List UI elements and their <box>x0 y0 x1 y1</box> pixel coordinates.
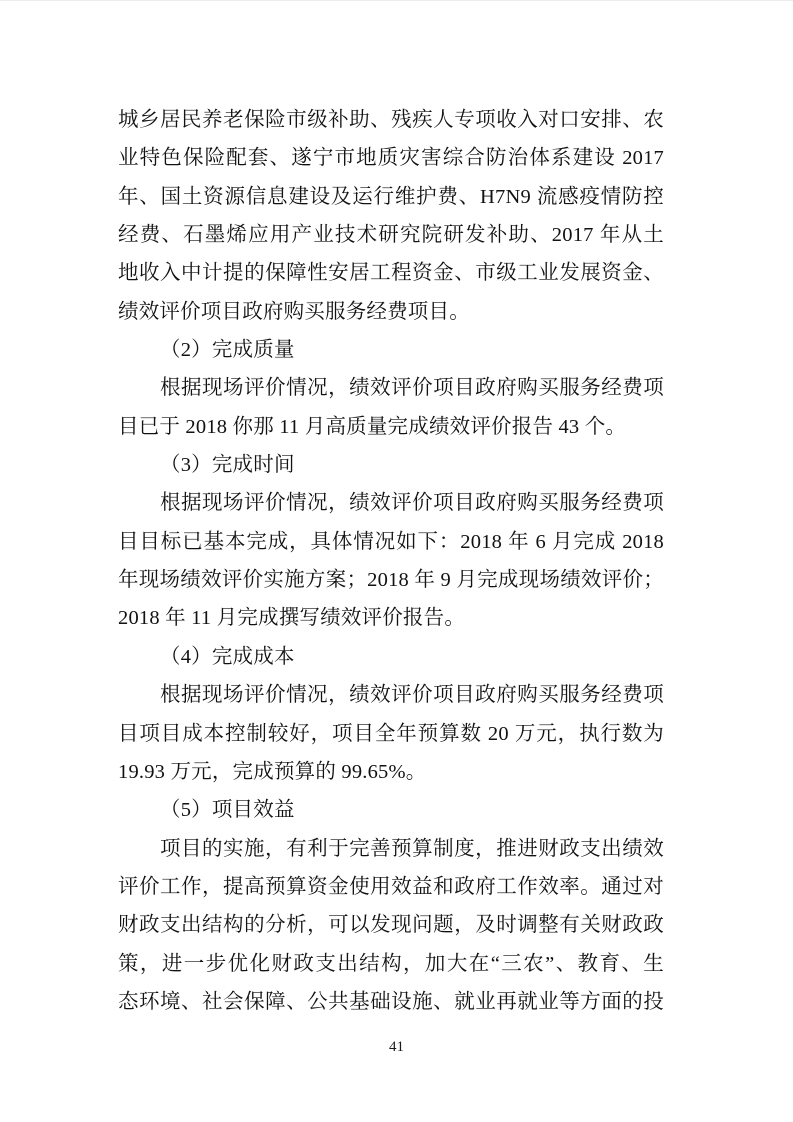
text-line: 目目标已基本完成，具体情况如下：2018 年 6 月完成 2018 <box>118 523 664 561</box>
text-line: 经费、石墨烯应用产业技术研究院研发补助、2017 年从土 <box>118 216 664 254</box>
text-line: 目已于 2018 你那 11 月高质量完成绩效评价报告 43 个。 <box>118 408 664 446</box>
text-line: 年现场绩效评价实施方案；2018 年 9 月完成现场绩效评价； <box>118 561 664 599</box>
text-line: 策，进一步优化财政支出结构，加大在“三农”、教育、生 <box>118 945 664 983</box>
text-line: 19.93 万元，完成预算的 99.65%。 <box>118 753 664 791</box>
text-line: 城乡居民养老保险市级补助、残疾人专项收入对口安排、农 <box>118 101 664 139</box>
text-line: 地收入中计提的保障性安居工程资金、市级工业发展资金、 <box>118 254 664 292</box>
text-line: 目项目成本控制较好，项目全年预算数 20 万元，执行数为 <box>118 715 664 753</box>
text-line: 评价工作，提高预算资金使用效益和政府工作效率。通过对 <box>118 868 664 906</box>
text-line: 财政支出结构的分析，可以发现问题，及时调整有关财政政 <box>118 906 664 944</box>
text-line: 根据现场评价情况，绩效评价项目政府购买服务经费项 <box>118 369 664 407</box>
document-page: 城乡居民养老保险市级补助、残疾人专项收入对口安排、农业特色保险配套、遂宁市地质灾… <box>0 0 793 1122</box>
text-line: 2018 年 11 月完成撰写绩效评价报告。 <box>118 599 664 637</box>
text-line: 态环境、社会保障、公共基础设施、就业再就业等方面的投 <box>118 983 664 1021</box>
text-line: （4）完成成本 <box>118 638 664 676</box>
document-text-block: 城乡居民养老保险市级补助、残疾人专项收入对口安排、农业特色保险配套、遂宁市地质灾… <box>118 101 664 1021</box>
text-line: （3）完成时间 <box>118 446 664 484</box>
page-number: 41 <box>0 1037 793 1057</box>
text-line: 根据现场评价情况，绩效评价项目政府购买服务经费项 <box>118 484 664 522</box>
text-line: 年、国土资源信息建设及运行维护费、H7N9 流感疫情防控 <box>118 178 664 216</box>
text-line: 项目的实施，有利于完善预算制度，推进财政支出绩效 <box>118 830 664 868</box>
text-line: 根据现场评价情况，绩效评价项目政府购买服务经费项 <box>118 676 664 714</box>
text-line: （2）完成质量 <box>118 331 664 369</box>
text-line: （5）项目效益 <box>118 791 664 829</box>
text-line: 业特色保险配套、遂宁市地质灾害综合防治体系建设 2017 <box>118 139 664 177</box>
text-line: 绩效评价项目政府购买服务经费项目。 <box>118 293 664 331</box>
